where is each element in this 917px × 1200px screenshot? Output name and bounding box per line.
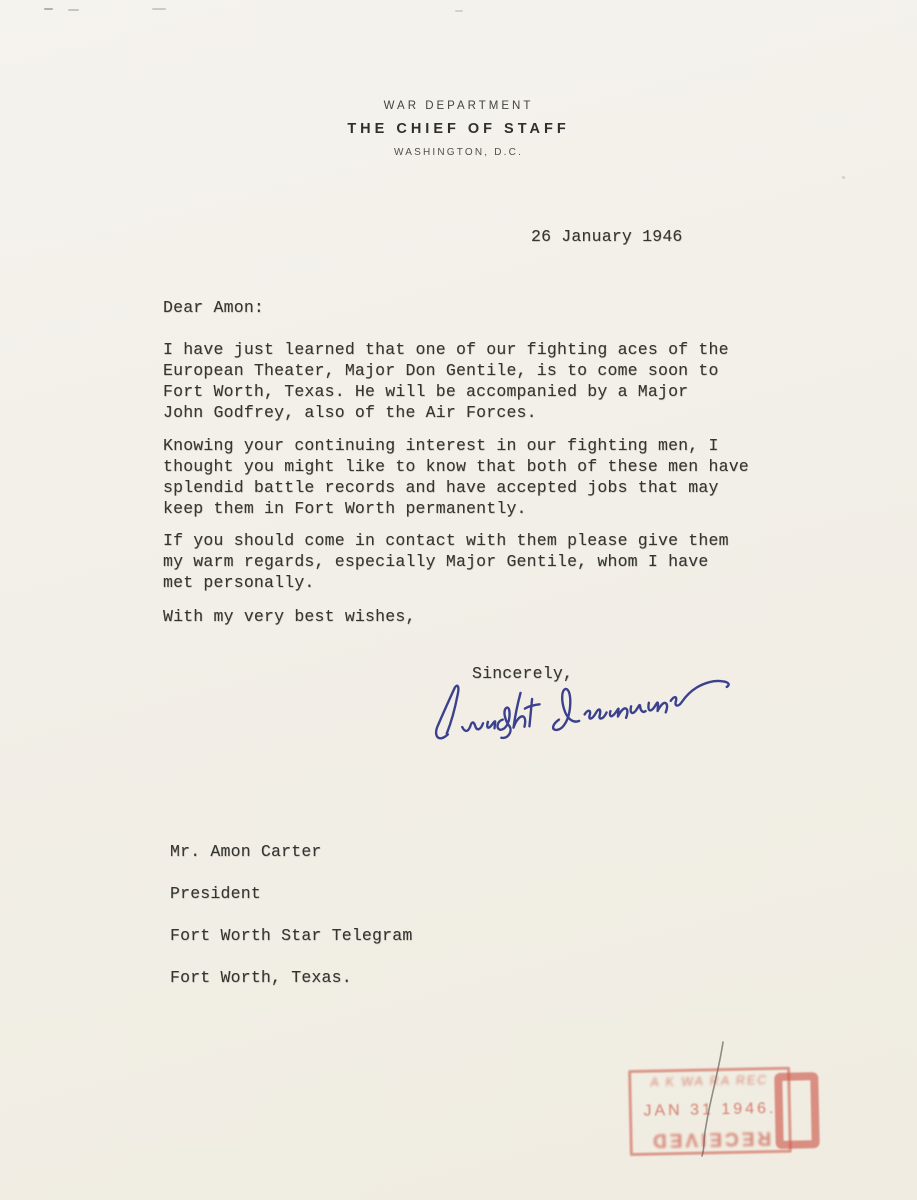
- paragraph-2: Knowing your continuing interest in our …: [163, 435, 749, 519]
- scan-speck: [455, 10, 463, 12]
- paragraph-1: I have just learned that one of our figh…: [163, 339, 729, 423]
- letterhead-department: WAR DEPARTMENT: [0, 100, 917, 112]
- recipient-address-block: Mr. Amon Carter President Fort Worth Sta…: [170, 820, 412, 1009]
- paragraph-3: If you should come in contact with them …: [163, 530, 729, 593]
- salutation: Dear Amon:: [163, 297, 264, 318]
- stamp-bottom-text: RECEIVED: [632, 1126, 788, 1151]
- letter-page: WAR DEPARTMENT THE CHIEF OF STAFF WASHIN…: [0, 0, 917, 1200]
- stamp-top-text: A K WA RA REC: [631, 1073, 788, 1090]
- scan-speck: [44, 8, 53, 10]
- scan-speck: [842, 176, 845, 179]
- letterhead-city: WASHINGTON, D.C.: [0, 147, 917, 158]
- stamp-date: JAN 31 1946.: [632, 1100, 788, 1121]
- closing-line: With my very best wishes,: [163, 606, 416, 627]
- recipient-company: Fort Worth Star Telegram: [170, 925, 412, 946]
- recipient-city: Fort Worth, Texas.: [170, 967, 412, 988]
- recipient-title: President: [170, 883, 412, 904]
- letterhead-office: THE CHIEF OF STAFF: [0, 121, 917, 137]
- letter-date: 26 January 1946: [531, 226, 683, 247]
- stamp-bracket: [774, 1072, 820, 1149]
- scan-speck: [152, 8, 166, 10]
- stamp-border: A K WA RA REC JAN 31 1946. RECEIVED: [628, 1067, 792, 1156]
- recipient-name: Mr. Amon Carter: [170, 841, 412, 862]
- received-stamp: A K WA RA REC JAN 31 1946. RECEIVED: [626, 1060, 828, 1164]
- scan-speck: [68, 9, 79, 11]
